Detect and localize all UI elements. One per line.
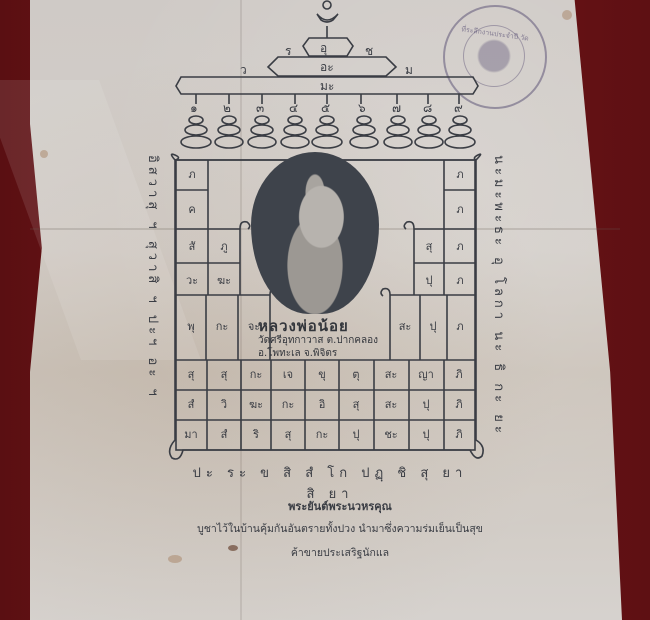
grid-cell: สํ [174, 398, 208, 412]
grid-cell: วะ [175, 274, 209, 288]
pendant-glyph: ๔ [289, 102, 298, 114]
temple-location: อ.โพทะเล จ.พิจิตร [258, 347, 418, 360]
grid-cell: กะ [239, 368, 273, 382]
temple-name: วัดศรีอุทกาวาส ต.ปากคลอง [258, 334, 418, 347]
side-glyph-left-upper: ร [285, 45, 291, 57]
grid-cell: วิ [207, 398, 241, 412]
grid-cell: กะ [205, 320, 239, 334]
side-glyph-right-upper: ช [365, 45, 373, 57]
grid-cell: พุ [174, 320, 208, 334]
monk-portrait [251, 152, 379, 314]
grid-cell: สะ [374, 368, 408, 382]
grid-cell: ตุ [339, 368, 373, 382]
grid-cell: สุ [271, 428, 305, 442]
pendant-glyph: ๓ [256, 102, 264, 114]
grid-cell: ภ [443, 203, 477, 217]
lower-grid: สุ สุ กะ เจ ขุ ตุ สะ ญา ภิ สํ วิ ฆะ กะ อ… [176, 368, 476, 458]
grid-cell: ภ [175, 168, 209, 182]
grid-cell: ค [175, 203, 209, 217]
grid-cell: ฆะ [207, 274, 241, 288]
grid-cell: ปุ [412, 274, 446, 288]
grid-cell: ภิ [442, 398, 476, 412]
grid-cell: ปุ [339, 428, 373, 442]
footer-blessing: บูชาไว้ในบ้านคุ้มกันอันตรายทั้งปวง นำมาซ… [140, 520, 540, 537]
grid-cell: ภ [443, 168, 477, 182]
tier2-glyph: อะ [320, 61, 334, 73]
pendant-glyph: ๒ [223, 102, 231, 114]
pendant-glyph: ๖ [358, 102, 366, 114]
grid-cell: สํ [207, 428, 241, 442]
tier1-glyph: อุ [320, 42, 327, 54]
grid-cell: กะ [305, 428, 339, 442]
grid-cell: ปุ [409, 398, 443, 412]
footer-closing: ค้าขายประเสริฐนักแล [150, 544, 530, 561]
pendant-glyph: ๙ [454, 102, 463, 114]
footer-title: พระยันต์พระนวหรคุณ [150, 497, 530, 515]
left-column-incantation: อิสวาสุ ฯ สุวาสิ ฯ ปะฯ อะ ฯ [142, 155, 163, 455]
grid-cell: ภ [443, 240, 477, 254]
grid-cell: สั [175, 240, 209, 254]
grid-cell: ชะ [374, 428, 408, 442]
grid-cell: ภิ [442, 428, 476, 442]
grid-cell: สะ [374, 398, 408, 412]
tier3-glyph: มะ [320, 80, 334, 92]
grid-cell: ภ [443, 274, 477, 288]
grid-cell: ภ [443, 320, 477, 334]
grid-cell: สุ [174, 368, 208, 382]
grid-cell: อิ [305, 398, 339, 412]
right-column-incantation: นะมะพะธะ อุ โลกา นะ ธิ กะ ยะ [488, 155, 509, 455]
grid-cell: ขุ [305, 368, 339, 382]
pendant-glyph: ๑ [190, 102, 198, 114]
grid-cell: ภิ [442, 368, 476, 382]
grid-cell: ริ [239, 428, 273, 442]
grid-cell: ปุ [409, 428, 443, 442]
grid-cell: สุ [207, 368, 241, 382]
grid-cell: ภู [207, 240, 241, 254]
grid-cell: กะ [271, 398, 305, 412]
grid-cell: มา [174, 428, 208, 442]
side-glyph-left-lower: ว [240, 64, 247, 76]
grid-cell: ญา [409, 368, 443, 382]
pendant-glyph: ๗ [392, 102, 401, 114]
grid-cell: ฆะ [239, 398, 273, 412]
grid-cell: จะ [237, 320, 271, 334]
grid-cell: สุ [412, 240, 446, 254]
grid-cell: สุ [339, 398, 373, 412]
pendant-glyph: ๕ [321, 102, 330, 114]
grid-cell: เจ [271, 368, 305, 382]
side-glyph-right-lower: ม [405, 64, 413, 76]
pendant-glyph: ๘ [423, 102, 432, 114]
